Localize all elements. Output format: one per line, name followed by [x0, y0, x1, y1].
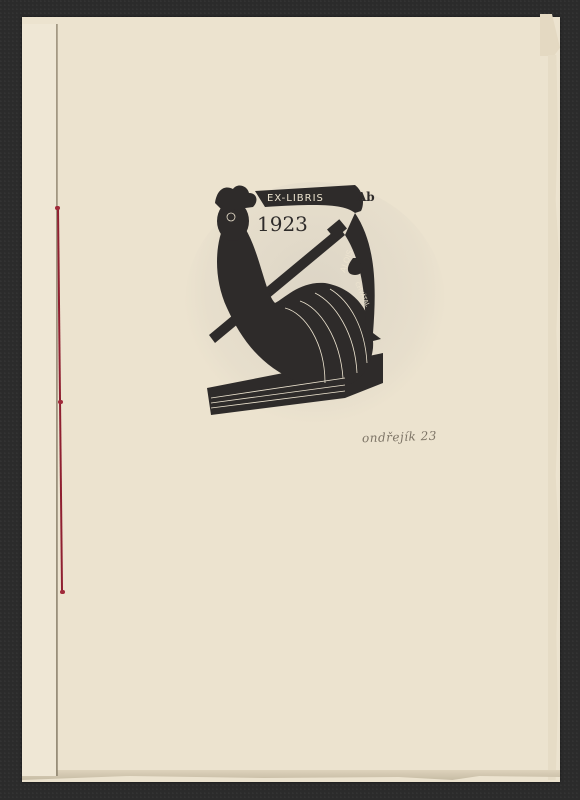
rooster-icon [217, 223, 373, 389]
ex-libris-woodcut: EX-LIBRIS 1923 Ab ALOIS CHVÁTAL [205, 183, 385, 415]
folded-flap [22, 24, 57, 776]
monogram: Ab [356, 190, 375, 204]
stitch-knot [55, 206, 60, 210]
pencil-signature: ondřejík 23 [362, 429, 437, 446]
year-text: 1923 [257, 212, 308, 236]
banner-text: EX-LIBRIS [267, 193, 324, 204]
stitch-knot [60, 590, 65, 594]
stitch-knot [58, 400, 63, 404]
